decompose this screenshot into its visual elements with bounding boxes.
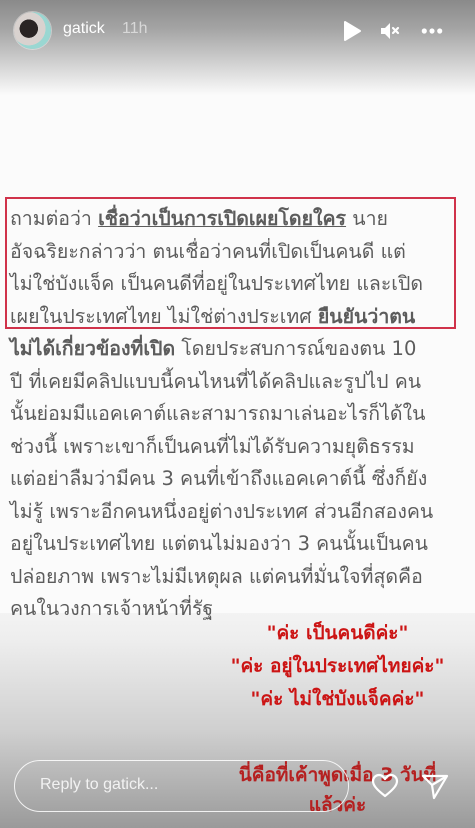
article-line: นั้นย่อมมีแอคเคาต์และสามารถมาเล่นอะไรก็ไ… [10,398,470,431]
quote-line: "ค่ะ ไม่ใช่บังแจ็คค่ะ" [200,683,475,716]
reply-input[interactable]: Reply to gatick... [14,760,349,812]
play-icon[interactable] [340,20,364,42]
heart-icon[interactable] [370,771,400,801]
reply-placeholder: Reply to gatick... [40,776,158,794]
quote-line: "ค่ะ เป็นคนดีค่ะ" [200,617,475,650]
quote-line: "ค่ะ อยู่ในประเทศไทยค่ะ" [200,650,475,683]
avatar[interactable] [14,12,51,49]
article-line: แต่อย่าลืมว่ามีคน 3 คนที่เข้าถึงแอคเคาต์… [10,463,470,496]
article-line: ปล่อยภาพ เพราะไม่มีเหตุผล แต่คนที่มั่นใจ… [10,561,470,594]
mute-icon[interactable] [378,20,402,42]
overlay-quotes: "ค่ะ เป็นคนดีค่ะ" "ค่ะ อยู่ในประเทศไทยค่… [200,617,475,716]
timestamp: 11h [122,20,148,38]
article-line: ปี ที่เคยมีคลิปแบบนี้คนไหนที่ได้คลิปและร… [10,366,470,399]
username[interactable]: gatick [63,20,105,38]
article-line: เผยในประเทศไทย ไม่ใช่ต่างประเทศ ยืนยันว่… [10,301,470,334]
article-text: ถามต่อว่า เชื่อว่าเป็นการเปิดเผยโดยใคร น… [10,203,470,626]
send-icon[interactable] [420,771,450,801]
article-line: ไม่ใช่บังแจ็ค เป็นคนดีที่อยู่ในประเทศไทย… [10,268,470,301]
article-line: อยู่ในประเทศไทย แต่ตนไม่มองว่า 3 คนนั้นเ… [10,528,470,561]
story-header: gatick 11h [0,0,475,62]
article-line: ถามต่อว่า เชื่อว่าเป็นการเปิดเผยโดยใคร น… [10,203,470,236]
article-line: ไม่รู้ เพราะอีกคนหนึ่งอยู่ต่างประเทศ ส่ว… [10,496,470,529]
more-icon[interactable] [420,20,444,42]
article-line: อัจฉริยะกล่าวว่า ตนเชื่อว่าคนที่เปิดเป็น… [10,236,470,269]
article-line: ไม่ได้เกี่ยวข้องที่เปิด โดยประสบการณ์ของ… [10,333,470,366]
article-line: ช่วงนี้ เพราะเขาก็เป็นคนที่ไม่ได้รับความ… [10,431,470,464]
